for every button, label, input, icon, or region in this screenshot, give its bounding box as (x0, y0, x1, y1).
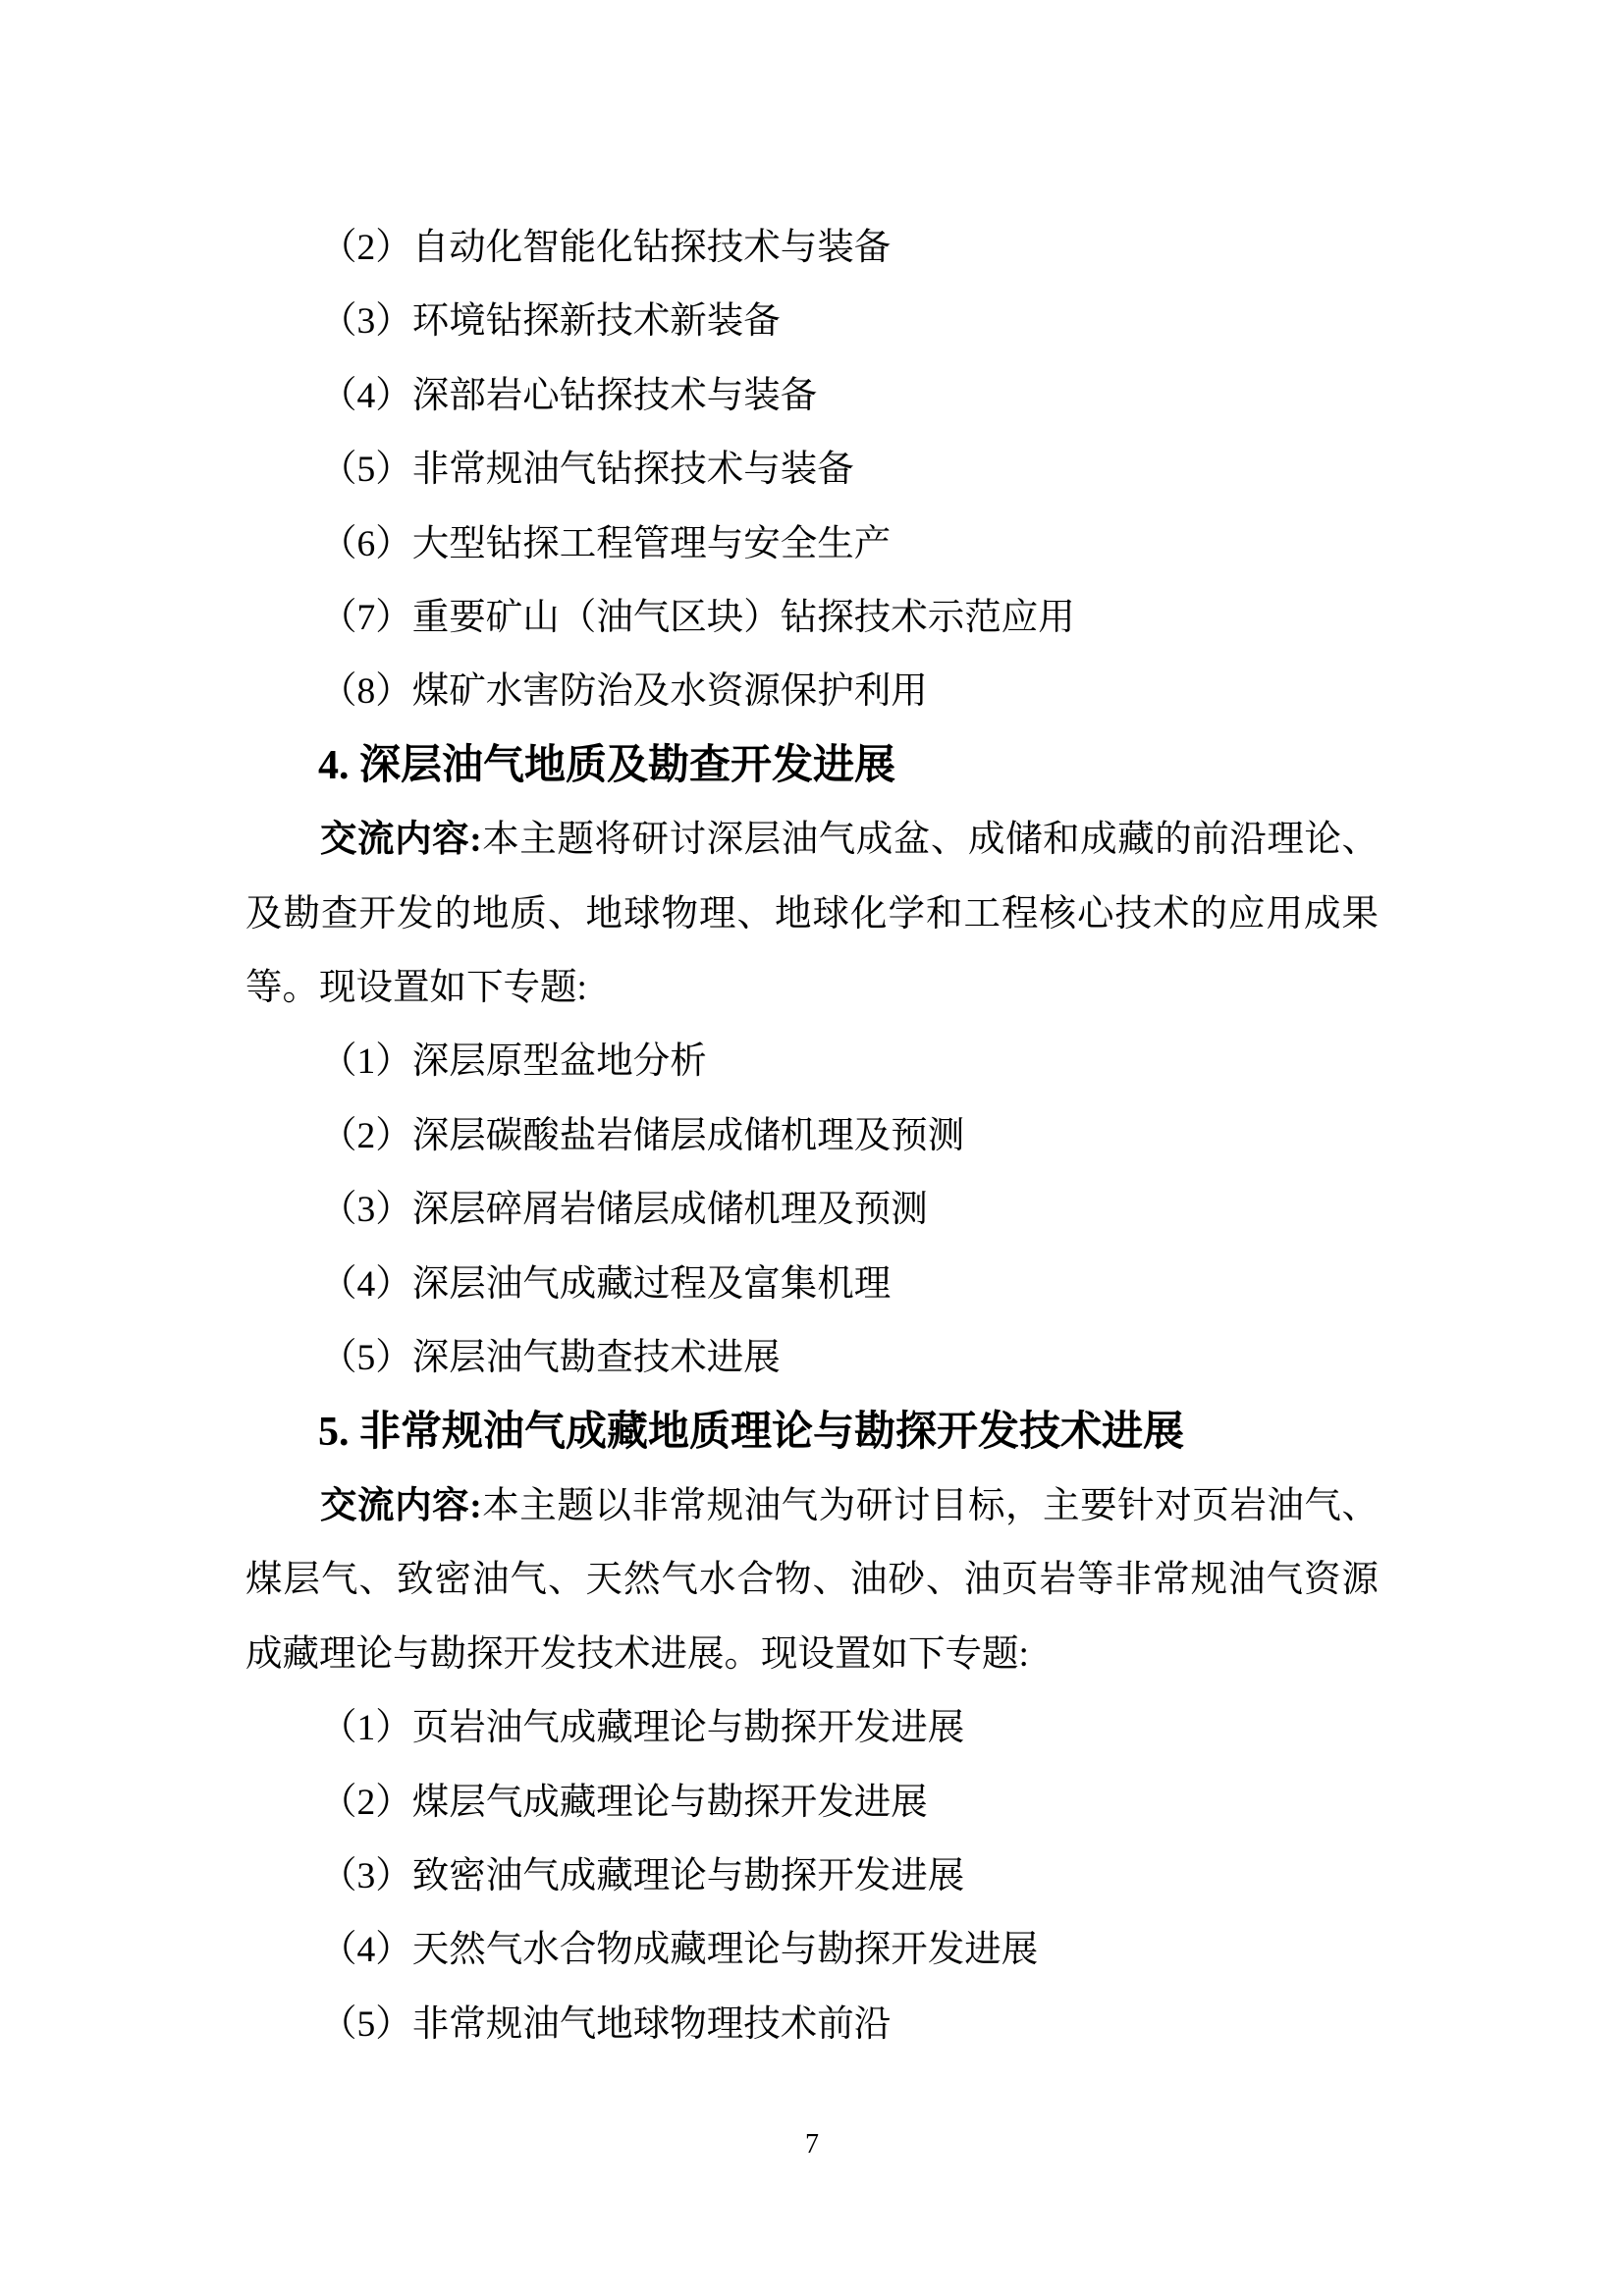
section-paragraph: 交流内容:本主题以非常规油气为研讨目标，主要针对页岩油气、煤层气、致密油气、天然… (245, 1469, 1379, 1691)
list-item: （1）深层原型盆地分析 (245, 1025, 1379, 1098)
page-number: 7 (245, 2128, 1379, 2162)
list-item: （7）重要矿山（油气区块）钻探技术示范应用 (245, 581, 1379, 655)
list-item: （4）天然气水合物成藏理论与勘探开发进展 (245, 1913, 1379, 1987)
list-item: （8）煤矿水害防治及水资源保护利用 (245, 655, 1379, 728)
list-item: （2）煤层气成藏理论与勘探开发进展 (245, 1766, 1379, 1840)
document-page: （2）自动化智能化钻探技术与装备 （3）环境钻探新技术新装备 （4）深部岩心钻探… (0, 0, 1624, 2296)
list-item: （6）大型钻探工程管理与安全生产 (245, 507, 1379, 581)
list-item: （5）非常规油气地球物理技术前沿 (245, 1988, 1379, 2061)
list-item: （2）深层碳酸盐岩储层成储机理及预测 (245, 1099, 1379, 1173)
text-column: （2）自动化智能化钻探技术与装备 （3）环境钻探新技术新装备 （4）深部岩心钻探… (245, 211, 1379, 2061)
list-item: （1）页岩油气成藏理论与勘探开发进展 (245, 1691, 1379, 1765)
section-heading: 4. 深层油气地质及勘查开发进展 (245, 729, 1379, 803)
section-heading: 5. 非常规油气成藏地质理论与勘探开发技术进展 (245, 1396, 1379, 1469)
list-item: （3）环境钻探新技术新装备 (245, 285, 1379, 358)
list-item: （3）致密油气成藏理论与勘探开发进展 (245, 1840, 1379, 1913)
list-item: （5）深层油气勘查技术进展 (245, 1321, 1379, 1395)
list-item: （4）深部岩心钻探技术与装备 (245, 359, 1379, 433)
exchange-content-label: 交流内容: (320, 1486, 482, 1526)
list-item: （5）非常规油气钻探技术与装备 (245, 433, 1379, 507)
exchange-content-label: 交流内容: (320, 820, 482, 860)
section-paragraph: 交流内容:本主题将研讨深层油气成盆、成储和成藏的前沿理论、及勘查开发的地质、地球… (245, 803, 1379, 1025)
list-item: （3）深层碎屑岩储层成储机理及预测 (245, 1173, 1379, 1247)
list-item: （4）深层油气成藏过程及富集机理 (245, 1248, 1379, 1321)
list-item: （2）自动化智能化钻探技术与装备 (245, 211, 1379, 285)
